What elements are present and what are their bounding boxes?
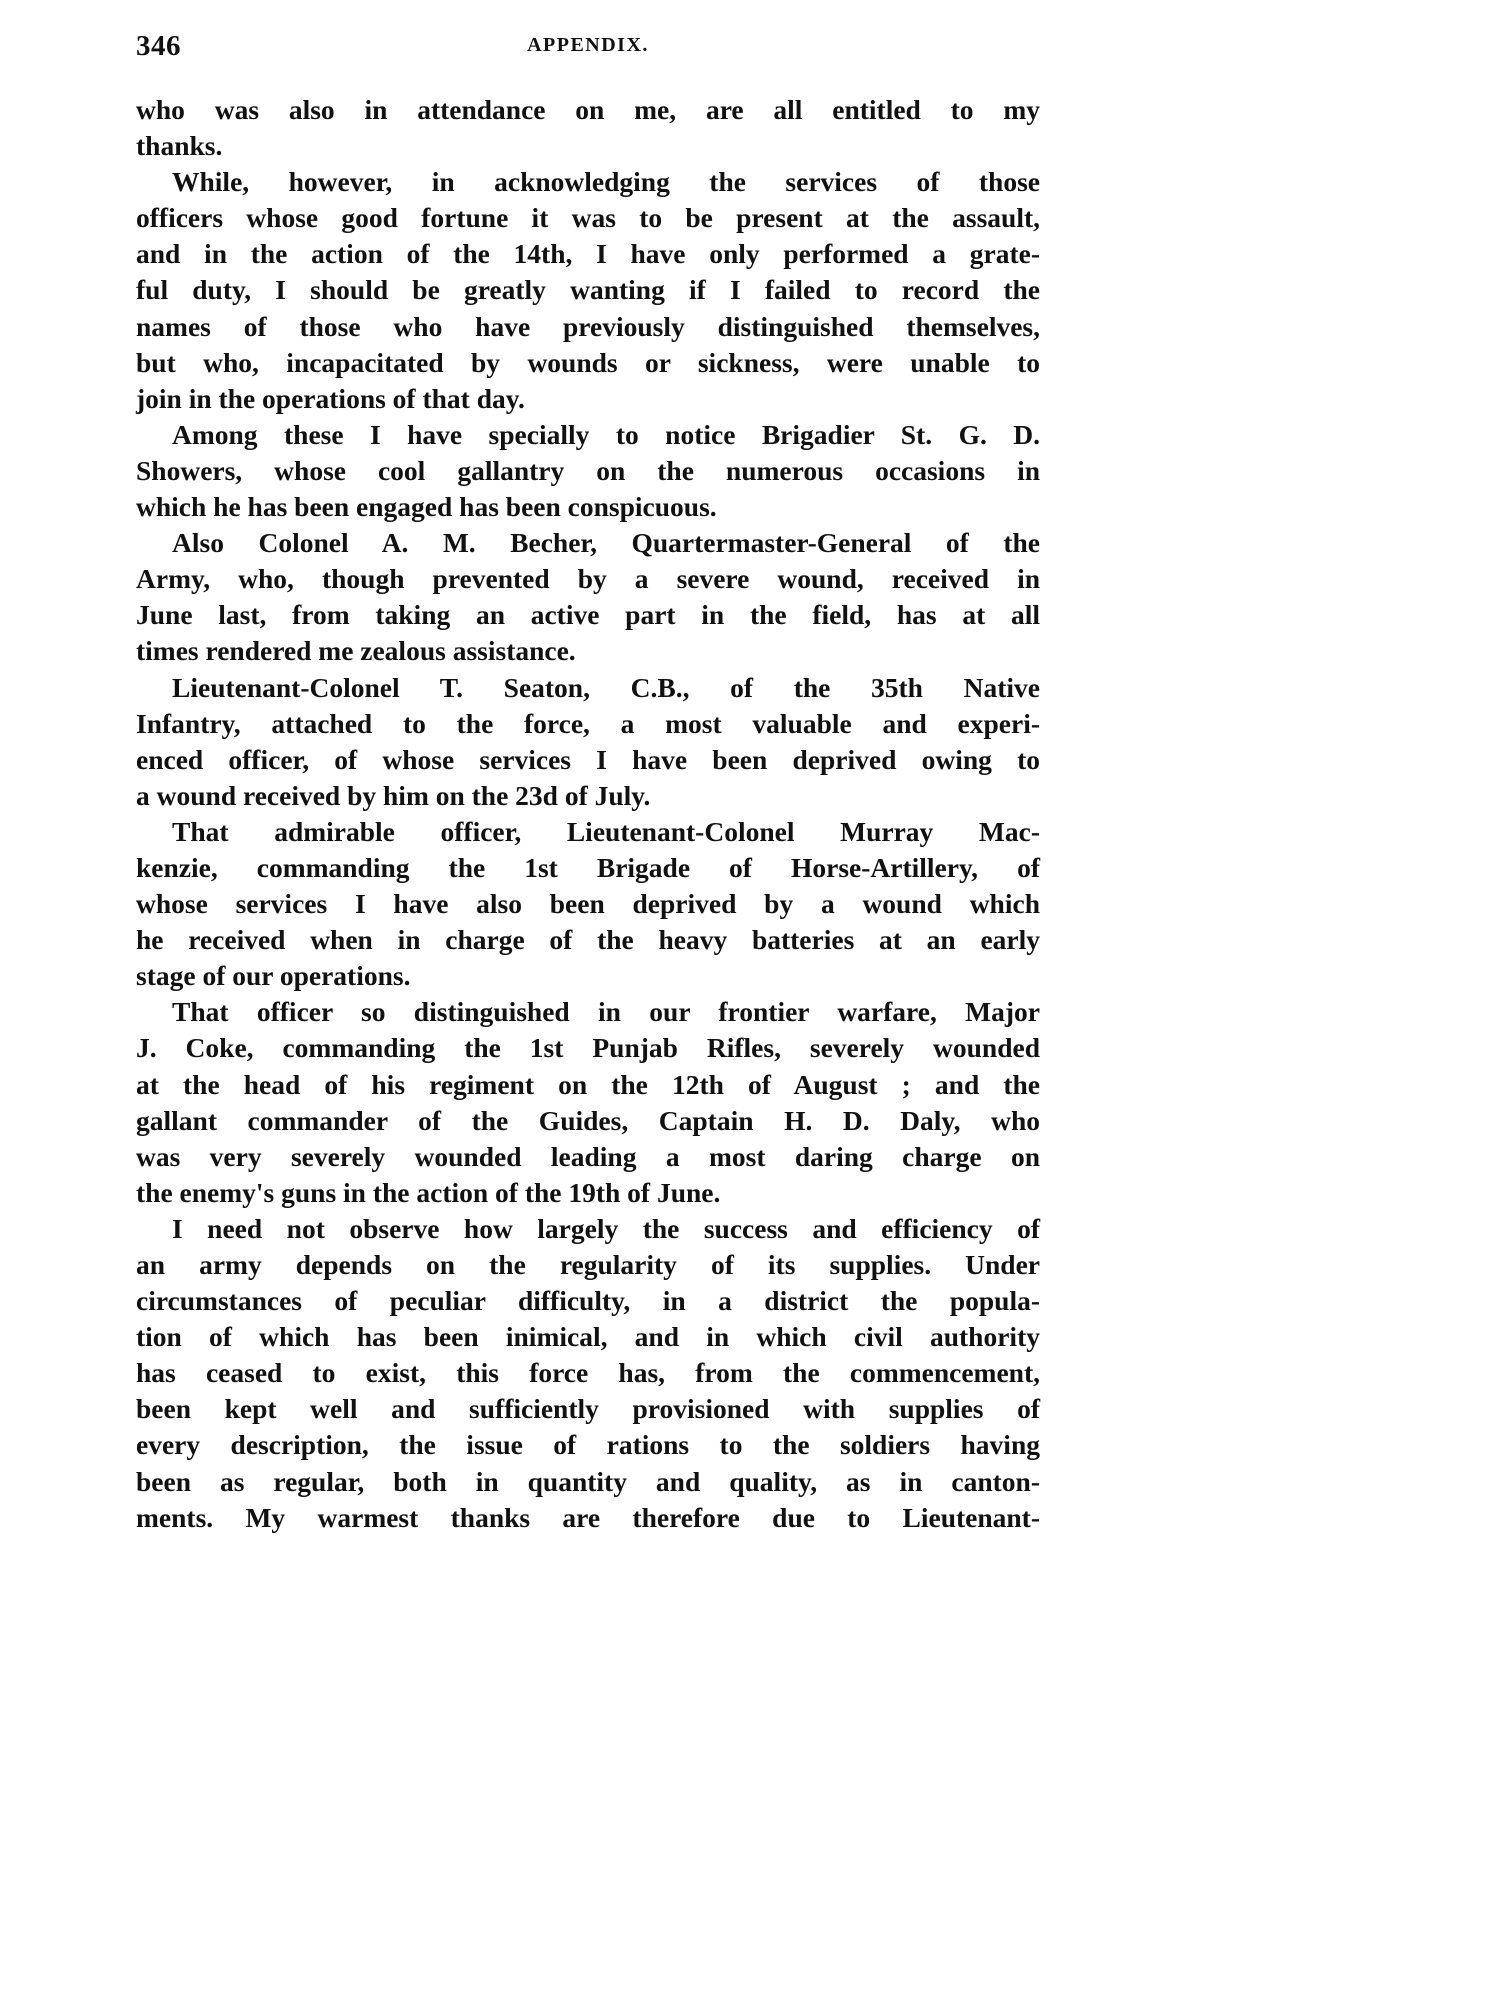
text-line: gallant commander of the Guides, Captain… — [136, 1103, 1040, 1139]
text-line: thanks. — [136, 128, 1040, 164]
text-line: stage of our operations. — [136, 958, 1040, 994]
text-line: Army, who, though prevented by a severe … — [136, 561, 1040, 597]
text-line: tion of which has been inimical, and in … — [136, 1319, 1040, 1355]
text-line: who was also in attendance on me, are al… — [136, 92, 1040, 128]
text-line: J. Coke, commanding the 1st Punjab Rifle… — [136, 1030, 1040, 1066]
text-line: Infantry, attached to the force, a most … — [136, 706, 1040, 742]
text-line: circumstances of peculiar difficulty, in… — [136, 1283, 1040, 1319]
text-line: and in the action of the 14th, I have on… — [136, 236, 1040, 272]
text-line: been kept well and sufficiently provisio… — [136, 1391, 1040, 1427]
text-line: enced officer, of whose services I have … — [136, 742, 1040, 778]
text-line: a wound received by him on the 23d of Ju… — [136, 778, 1040, 814]
text-line: Lieutenant-Colonel T. Seaton, C.B., of t… — [136, 670, 1040, 706]
text-line: every description, the issue of rations … — [136, 1427, 1040, 1463]
text-line: but who, incapacitated by wounds or sick… — [136, 345, 1040, 381]
text-line: he received when in charge of the heavy … — [136, 922, 1040, 958]
text-line: names of those who have previously disti… — [136, 309, 1040, 345]
text-line: whose services I have also been deprived… — [136, 886, 1040, 922]
text-line: While, however, in acknowledging the ser… — [136, 164, 1040, 200]
text-line: Among these I have specially to notice B… — [136, 417, 1040, 453]
running-head: 346 APPENDIX. — [136, 30, 1040, 70]
text-line: which he has been engaged has been consp… — [136, 489, 1040, 525]
section-title: APPENDIX. — [136, 34, 1040, 57]
text-line: officers whose good fortune it was to be… — [136, 200, 1040, 236]
text-line: June last, from taking an active part in… — [136, 597, 1040, 633]
text-line: has ceased to exist, this force has, fro… — [136, 1355, 1040, 1391]
text-line: ments. My warmest thanks are therefore d… — [136, 1500, 1040, 1536]
text-line: I need not observe how largely the succe… — [136, 1211, 1040, 1247]
text-line: Also Colonel A. M. Becher, Quartermaster… — [136, 525, 1040, 561]
text-line: kenzie, commanding the 1st Brigade of Ho… — [136, 850, 1040, 886]
body-text: who was also in attendance on me, are al… — [136, 92, 1040, 1536]
text-line: times rendered me zealous assistance. — [136, 633, 1040, 669]
text-line: Showers, whose cool gallantry on the num… — [136, 453, 1040, 489]
text-line: at the head of his regiment on the 12th … — [136, 1067, 1040, 1103]
text-line: the enemy's guns in the action of the 19… — [136, 1175, 1040, 1211]
text-line: an army depends on the regularity of its… — [136, 1247, 1040, 1283]
text-line: That officer so distinguished in our fro… — [136, 994, 1040, 1030]
text-line: was very severely wounded leading a most… — [136, 1139, 1040, 1175]
document-page: 346 APPENDIX. who was also in attendance… — [0, 0, 1500, 2000]
text-line: join in the operations of that day. — [136, 381, 1040, 417]
text-line: That admirable officer, Lieutenant-Colon… — [136, 814, 1040, 850]
text-line: ful duty, I should be greatly wanting if… — [136, 272, 1040, 308]
text-line: been as regular, both in quantity and qu… — [136, 1464, 1040, 1500]
